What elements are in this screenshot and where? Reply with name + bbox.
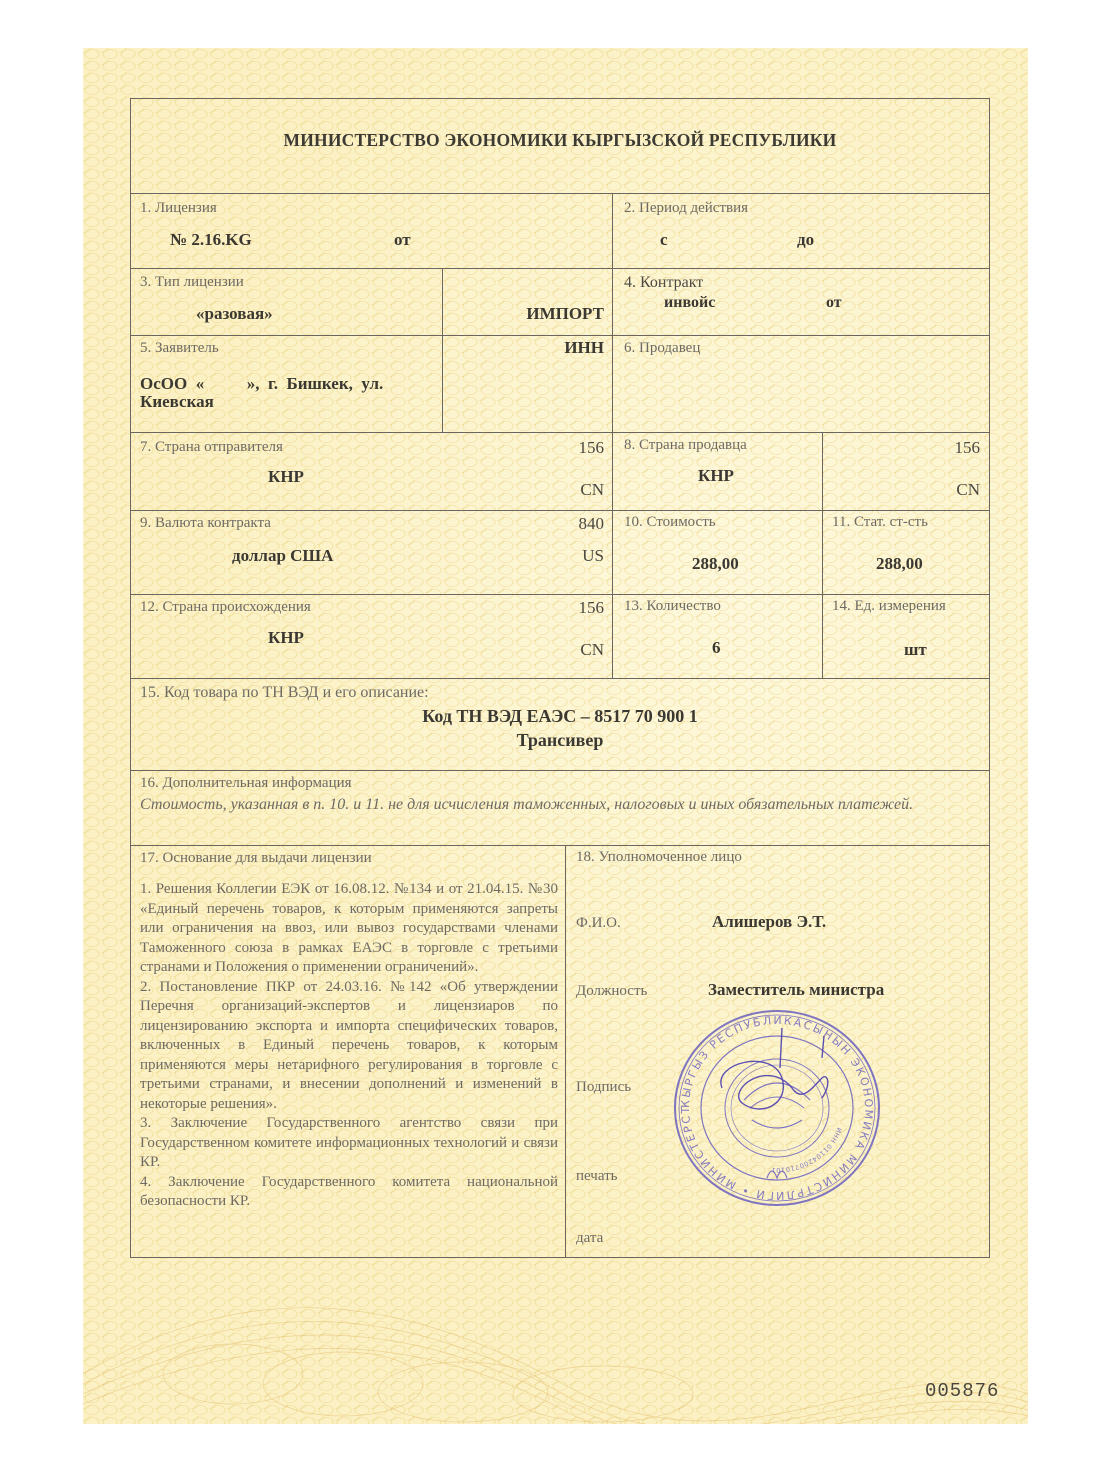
authorized-name: Алишеров Э.Т.: [712, 912, 826, 932]
name-label: Ф.И.О.: [576, 915, 621, 932]
goods-label: 15. Код товара по ТН ВЭД и его описание:: [140, 684, 429, 702]
basis-item: 2. Постановление ПКР от 24.03.16. №142 «…: [140, 978, 558, 1115]
contract-from-label: от: [826, 294, 842, 312]
sender-country-label: 7. Страна отправителя: [140, 439, 283, 456]
svg-text:ИНН 01104200710101: ИНН 01104200710101: [771, 1126, 843, 1174]
seller-label: 6. Продавец: [624, 340, 700, 357]
official-seal-stamp: КЫРГЫЗ РЕСПУБЛИКАСЫНЫН ЭКОНОМИКА МИНИСТР…: [672, 1008, 882, 1208]
license-type-label: 3. Тип лицензии: [140, 274, 244, 291]
applicant-inn-label: ИНН: [444, 338, 604, 358]
period-to-label: до: [797, 230, 814, 250]
seller-country-label: 8. Страна продавца: [624, 437, 747, 454]
additional-info-label: 16. Дополнительная информация: [140, 775, 352, 792]
license-type-value: «разовая»: [196, 304, 273, 324]
goods-description: Трансивер: [130, 730, 990, 751]
authorized-label: 18. Уполномоченное лицо: [576, 849, 742, 866]
currency-code-num: 840: [444, 514, 604, 534]
cost-label: 10. Стоимость: [624, 514, 716, 531]
basis-item: 3. Заключение Государственного агентство…: [140, 1114, 558, 1173]
license-label: 1. Лицензия: [140, 200, 217, 217]
basis-list: 1. Решения Коллегии ЕЭК от 16.08.12. №13…: [140, 880, 558, 1212]
stamp-inn-text: ИНН 01104200710101: [771, 1126, 843, 1174]
goods-code: Код ТН ВЭД ЕАЭС – 8517 70 900 1: [130, 706, 990, 727]
quantity-value: 6: [712, 638, 721, 658]
stat-cost-label: 11. Стат. ст-сть: [832, 514, 928, 531]
currency-value: доллар США: [232, 546, 333, 566]
sender-country-value: КНР: [268, 467, 304, 487]
seller-country-code-num: 156: [826, 438, 980, 458]
date-label: дата: [576, 1230, 603, 1247]
license-number: № 2.16.KG: [170, 230, 252, 250]
position-label: Должность: [576, 983, 647, 1000]
license-from-label: от: [394, 230, 411, 250]
sender-country-code-num: 156: [444, 438, 604, 458]
license-direction: ИМПОРТ: [444, 304, 604, 324]
origin-country-code-alpha: CN: [444, 640, 604, 660]
currency-code-alpha: US: [444, 546, 604, 566]
applicant-label: 5. Заявитель: [140, 340, 219, 357]
serial-number: 005876: [925, 1380, 999, 1402]
unit-label: 14. Ед. измерения: [832, 598, 946, 615]
currency-label: 9. Валюта контракта: [140, 515, 271, 532]
basis-label: 17. Основание для выдачи лицензии: [140, 850, 372, 867]
basis-item: 4. Заключение Государственного комитета …: [140, 1173, 558, 1212]
seller-country-value: КНР: [698, 466, 734, 486]
quantity-label: 13. Количество: [624, 598, 721, 615]
basis-item: 1. Решения Коллегии ЕЭК от 16.08.12. №13…: [140, 880, 558, 978]
origin-country-label: 12. Страна происхождения: [140, 599, 311, 616]
seal-label: печать: [576, 1168, 618, 1185]
cost-value: 288,00: [692, 554, 739, 574]
period-label: 2. Период действия: [624, 200, 748, 217]
applicant-value-line2: Киевская: [140, 392, 214, 412]
contract-value: инвойс: [664, 294, 715, 312]
contract-label: 4. Контракт: [624, 274, 703, 292]
seller-country-code-alpha: CN: [826, 480, 980, 500]
signature-label: Подпись: [576, 1079, 631, 1096]
sender-country-code-alpha: CN: [444, 480, 604, 500]
authorized-position: Заместитель министра: [708, 980, 884, 1000]
additional-info-text: Стоимость, указанная в п. 10. и 11. не д…: [140, 794, 982, 815]
period-from-label: с: [660, 230, 668, 250]
applicant-value-line1: ОсОО « », г. Бишкек, ул.: [140, 374, 436, 394]
origin-country-value: КНР: [268, 628, 304, 648]
unit-value: шт: [904, 640, 927, 660]
stat-cost-value: 288,00: [876, 554, 923, 574]
origin-country-code-num: 156: [444, 598, 604, 618]
